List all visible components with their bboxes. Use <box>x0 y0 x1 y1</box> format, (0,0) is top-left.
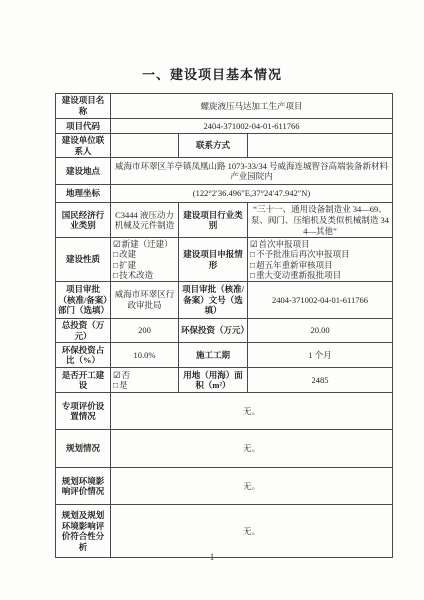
planning-value: 无。 <box>111 430 393 468</box>
coordinates-value: (122°2′36.496″E,37°24′47.942″N) <box>111 185 393 203</box>
special-eval-label: 专项评价设置情况 <box>56 393 111 430</box>
declaration-label: 建设项目申报情形 <box>179 238 248 282</box>
checkbox-option-tech-upgrade: □技术改造 <box>113 270 176 280</box>
declaration-options: ☑首次申报项目 □不予批准后再次申报项目 □超五年重新审核项目 □重大变动重新报… <box>248 238 393 282</box>
row-investment: 总投资（万元） 200 环保投资（万元） 20.00 <box>56 318 393 342</box>
checkbox-unchecked-icon: □ <box>113 380 118 390</box>
checkbox-option-no: ☑否 <box>113 370 176 380</box>
option-label: 新建（迁建） <box>122 239 173 249</box>
project-name-label: 建设项目名称 <box>56 94 111 119</box>
project-industry-value: “三十一、通用设备制造业 34—69、泵、阀门、压缩机及类似机械制造 344—其… <box>248 203 393 238</box>
checkbox-option-first-declaration: ☑首次申报项目 <box>250 239 390 249</box>
nature-label: 建设性质 <box>56 238 111 282</box>
option-label: 技术改造 <box>119 270 153 280</box>
env-ratio-label: 环保投资占比（%） <box>56 343 111 368</box>
checkbox-unchecked-icon: □ <box>113 260 118 270</box>
started-options: ☑否 □是 <box>111 368 179 393</box>
special-eval-value: 无。 <box>111 393 393 430</box>
row-approval: 项目审批（核准/备案）部门（选填） 威海市环翠区行政审批局 项目审批（核准/备案… <box>56 281 393 318</box>
contact-method-value <box>248 134 393 158</box>
location-label: 建设地点 <box>56 158 111 185</box>
industry-category-label: 国民经济行业类别 <box>56 203 111 238</box>
approval-dept-label: 项目审批（核准/备案）部门（选填） <box>56 281 111 318</box>
land-area-label: 用地（用海）面积（m²） <box>179 368 248 393</box>
checkbox-unchecked-icon: □ <box>250 249 255 259</box>
checkbox-option-yes: □是 <box>113 380 176 390</box>
checkbox-checked-icon: ☑ <box>113 370 121 380</box>
compliance-label: 规划及规划环境影响评价符合性分析 <box>56 505 111 558</box>
option-label: 超五年重新审核项目 <box>256 260 333 270</box>
option-label: 重大变动重新报批项目 <box>256 270 341 280</box>
project-info-table: 建设项目名称 螺旋液压马达加工生产项目 项目代码 2404-371002-04-… <box>55 93 393 558</box>
land-area-value: 2485 <box>248 368 393 393</box>
row-planning-eia: 规划环境影响评价情况 无。 <box>56 468 393 505</box>
option-label: 是 <box>119 380 128 390</box>
row-coordinates: 地理坐标 (122°2′36.496″E,37°24′47.942″N) <box>56 185 393 203</box>
planning-label: 规划情况 <box>56 430 111 468</box>
env-investment-label: 环保投资（万元） <box>179 318 248 342</box>
checkbox-unchecked-icon: □ <box>250 270 255 280</box>
option-label: 否 <box>122 370 131 380</box>
coordinates-label: 地理坐标 <box>56 185 111 203</box>
approval-doc-label: 项目审批（核准/备案）文号（选填） <box>179 281 248 318</box>
total-investment-value: 200 <box>111 318 179 342</box>
planning-eia-value: 无。 <box>111 468 393 505</box>
row-special-eval: 专项评价设置情况 无。 <box>56 393 393 430</box>
checkbox-option-major-change: □重大变动重新报批项目 <box>250 270 390 280</box>
checkbox-checked-icon: ☑ <box>113 239 121 249</box>
project-code-value: 2404-371002-04-01-611766 <box>111 119 393 134</box>
construction-period-value: 1 个月 <box>248 343 393 368</box>
row-industry: 国民经济行业类别 C3444 液压动力机械及元件制造 建设项目行业类别 “三十一… <box>56 203 393 238</box>
row-started: 是否开工建设 ☑否 □是 用地（用海）面积（m²） 2485 <box>56 368 393 393</box>
project-name-value: 螺旋液压马达加工生产项目 <box>111 94 393 119</box>
checkbox-unchecked-icon: □ <box>250 260 255 270</box>
row-project-code: 项目代码 2404-371002-04-01-611766 <box>56 119 393 134</box>
contact-person-label: 建设单位联系人 <box>56 134 111 158</box>
document-page: 一、建设项目基本情况 建设项目名称 螺旋液压马达加工生产项目 项目代码 2404… <box>0 0 424 600</box>
checkbox-unchecked-icon: □ <box>113 249 118 259</box>
row-compliance: 规划及规划环境影响评价符合性分析 无。 <box>56 505 393 558</box>
env-ratio-value: 10.0% <box>111 343 179 368</box>
checkbox-option-five-year-review: □超五年重新审核项目 <box>250 260 390 270</box>
option-label: 不予批准后再次申报项目 <box>256 249 350 259</box>
compliance-value: 无。 <box>111 505 393 558</box>
contact-method-label: 联系方式 <box>179 134 248 158</box>
row-contact: 建设单位联系人 联系方式 <box>56 134 393 158</box>
checkbox-option-new-construction: ☑新建（迁建） <box>113 239 176 249</box>
total-investment-label: 总投资（万元） <box>56 318 111 342</box>
row-location: 建设地点 威海市环翠区羊亭镇凤凰山路 1073-33/34 号威海连城智谷高端装… <box>56 158 393 185</box>
checkbox-checked-icon: ☑ <box>250 239 258 249</box>
approval-dept-value: 威海市环翠区行政审批局 <box>111 281 179 318</box>
option-label: 首次申报项目 <box>259 239 310 249</box>
row-ratio: 环保投资占比（%） 10.0% 施工工期 1 个月 <box>56 343 393 368</box>
started-label: 是否开工建设 <box>56 368 111 393</box>
construction-period-label: 施工工期 <box>179 343 248 368</box>
row-nature: 建设性质 ☑新建（迁建） □改建 □扩建 □技术改造 建设项目申报情形 ☑首次申… <box>56 238 393 282</box>
row-planning: 规划情况 无。 <box>56 430 393 468</box>
industry-category-value: C3444 液压动力机械及元件制造 <box>111 203 179 238</box>
option-label: 改建 <box>119 249 136 259</box>
approval-doc-value: 2404-371002-04-01-611766 <box>248 281 393 318</box>
nature-options: ☑新建（迁建） □改建 □扩建 □技术改造 <box>111 238 179 282</box>
contact-person-value <box>111 134 179 158</box>
env-investment-value: 20.00 <box>248 318 393 342</box>
checkbox-option-rebuild: □改建 <box>113 249 176 259</box>
planning-eia-label: 规划环境影响评价情况 <box>56 468 111 505</box>
checkbox-option-redeclare-after-rejection: □不予批准后再次申报项目 <box>250 249 390 259</box>
row-project-name: 建设项目名称 螺旋液压马达加工生产项目 <box>56 94 393 119</box>
page-number: 1 <box>0 552 424 562</box>
option-label: 扩建 <box>119 260 136 270</box>
checkbox-unchecked-icon: □ <box>113 270 118 280</box>
checkbox-option-expand: □扩建 <box>113 260 176 270</box>
project-industry-label: 建设项目行业类别 <box>179 203 248 238</box>
section-title: 一、建设项目基本情况 <box>0 64 424 83</box>
location-value: 威海市环翠区羊亭镇凤凰山路 1073-33/34 号威海连城智谷高端装备新材料产… <box>111 158 393 185</box>
project-code-label: 项目代码 <box>56 119 111 134</box>
